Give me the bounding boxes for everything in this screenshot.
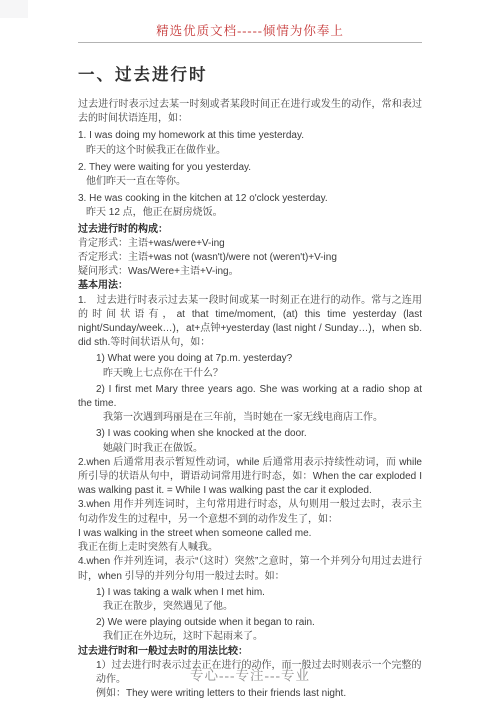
example-translation-zh: 我们正在外边玩，这时下起雨来了。	[78, 630, 422, 644]
example-sentence-en: 3) I was cooking when she knocked at the…	[78, 427, 422, 441]
usage-rule-4: 4.when 作并列连词，表示“（这时）突然”之意时，第一个并列分句用过去进行时…	[78, 555, 422, 583]
example-translation-zh: 我正在街上走时突然有人喊我。	[78, 541, 422, 555]
example-sentence-en: 2) I first met Mary three years ago. She…	[78, 383, 422, 411]
example-sentence-en: I was walking in the street when someone…	[78, 527, 422, 541]
formation-negative: 否定形式：主语+was not (wasn't)/were not (weren…	[78, 251, 422, 265]
example-translation-zh: 昨天 12 点，他正在厨房烧饭。	[78, 206, 422, 220]
document-page: 精选优质文档-----倾情为你奉上 一、过去进行时 过去进行时表示过去某一时刻或…	[0, 0, 500, 708]
document-body: 过去进行时表示过去某一时刻或者某段时间正在进行或发生的动作，常和表过去的时间状语…	[78, 98, 422, 701]
section-heading-formation: 过去进行时的构成：	[78, 223, 422, 237]
usage-rule-1: 1. 过去进行时表示过去某一段时间或某一时刻正在进行的动作。常与之连用的时间状语…	[78, 294, 422, 351]
example-sentence-en: 2. They were waiting for you yesterday.	[78, 161, 422, 175]
comparison-example: 例如：They were writing letters to their fr…	[78, 687, 422, 701]
example-translation-zh: 我第一次遇到玛丽是在三年前，当时她在一家无线电商店工作。	[78, 411, 422, 425]
intro-paragraph: 过去进行时表示过去某一时刻或者某段时间正在进行或发生的动作，常和表过去的时间状语…	[78, 98, 422, 126]
example-sentence-en: 1) What were you doing at 7p.m. yesterda…	[78, 352, 422, 366]
section-heading-usage: 基本用法：	[78, 279, 422, 293]
example-sentence-en: 3. He was cooking in the kitchen at 12 o…	[78, 192, 422, 206]
example-translation-zh: 昨天晚上七点你在干什么？	[78, 367, 422, 381]
example-sentence-en: 1. I was doing my homework at this time …	[78, 129, 422, 143]
page-title: 一、过去进行时	[78, 61, 422, 85]
example-sentence-en: 2) We were playing outside when it began…	[78, 616, 422, 630]
example-translation-zh: 他们昨天一直在等你。	[78, 175, 422, 189]
formation-affirmative: 肯定形式：主语+was/were+V-ing	[78, 237, 422, 251]
document-footer-watermark: 专心---专注---专业	[0, 664, 500, 684]
scan-artifact	[0, 0, 28, 18]
usage-rule-3: 3.when 用作并列连词时，主句常用进行时态，从句则用一般过去时，表示主句动作…	[78, 498, 422, 526]
section-heading-comparison: 过去进行时和一般过去时的用法比较：	[78, 645, 422, 659]
example-sentence-en: 1) I was taking a walk when I met him.	[78, 586, 422, 600]
usage-rule-2: 2.when 后通常用表示暂短性动词，while 后通常用表示持续性动词，而 w…	[78, 456, 422, 499]
formation-interrogative: 疑问形式：Was/Were+主语+V-ing。	[78, 265, 422, 279]
document-header-watermark: 精选优质文档-----倾情为你奉上	[78, 0, 422, 43]
example-translation-zh: 她敲门时我正在做饭。	[78, 442, 422, 456]
example-translation-zh: 昨天的这个时候我正在做作业。	[78, 144, 422, 158]
example-translation-zh: 我正在散步，突然遇见了他。	[78, 600, 422, 614]
